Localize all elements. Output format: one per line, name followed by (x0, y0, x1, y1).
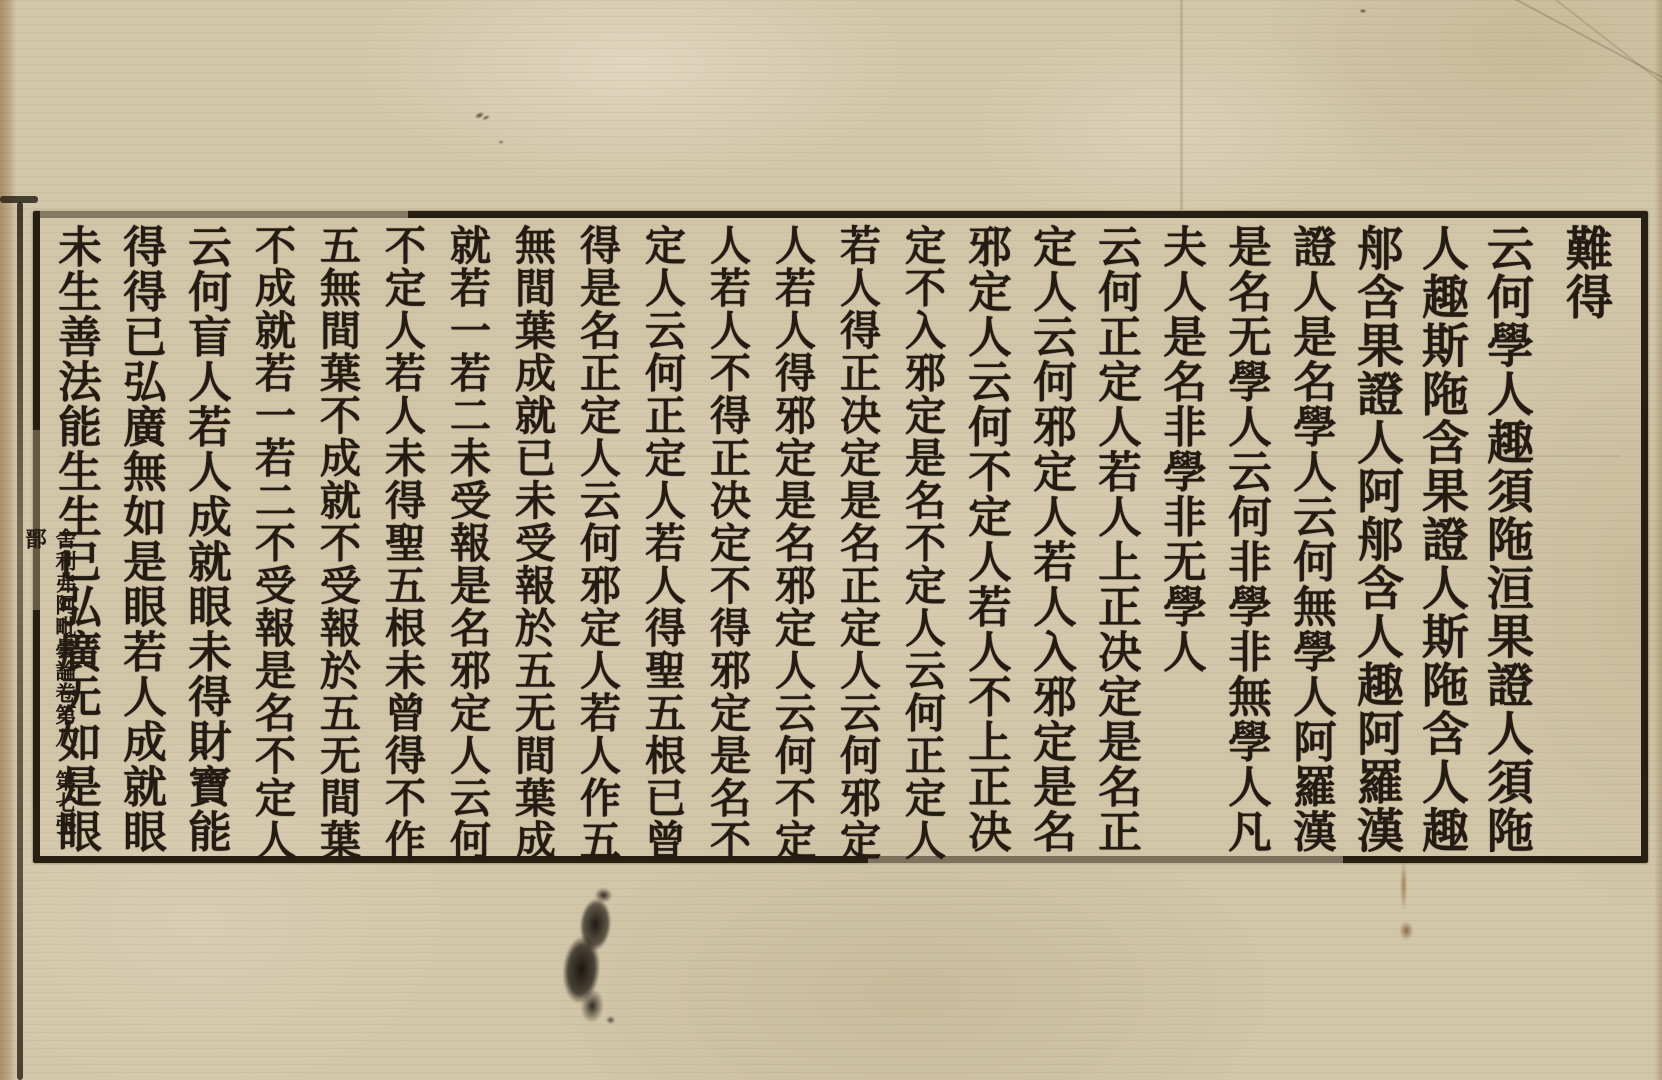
text-column: 夫人是名非學非无學人 (1149, 224, 1214, 864)
paper-crease (1180, 0, 1183, 210)
ink-speck (496, 138, 506, 146)
text-column: 得得已弘廣無如是眼若人成就眼 (109, 224, 174, 864)
text-column: 是名无學人云何非學非無學人凡 (1214, 224, 1279, 864)
brown-stain (1392, 852, 1418, 948)
text-column: 云何學人趣須陁洹果證人須陁 (1474, 224, 1539, 864)
ink-speck (1356, 6, 1370, 16)
text-column: 邪定人云何不定人若人不上正决 (954, 224, 1019, 864)
text-column: 云何盲人若人成就眼未得財寶能 (174, 224, 239, 864)
border-fade-top (40, 209, 408, 222)
text-column: 定人云何邪定人若人入邪定是名 (1019, 224, 1084, 864)
paper-crease (1544, 0, 1662, 115)
text-column: 人若人得邪定是名邪定人云何不定 (759, 224, 824, 864)
text-column: 得是名正定人云何邪定人若人作五 (564, 224, 629, 864)
text-column: 人若人不得正决定不得邪定是名不 (694, 224, 759, 864)
ink-speck (470, 105, 495, 128)
text-column: 就若一若二未受報是名邪定人云何 (434, 224, 499, 864)
colophon-column: 舍利弗阿毗曇論卷第八 第七張 鄑 (20, 528, 80, 858)
text-column: 五無間葉不成就不受報於五无間葉 (304, 224, 369, 864)
text-column: 證人是名學人云何無學人阿羅漢 (1279, 224, 1344, 864)
binding-gutter-top-dash (0, 196, 38, 203)
text-column: 不定人若人未得聖五根未曾得不作 (369, 224, 434, 864)
text-column: 人趣斯陁含果證人斯陁含人趣 (1409, 224, 1474, 864)
text-column: 難得 (1553, 224, 1618, 864)
text-column: 無間葉成就已未受報於五无間葉成 (499, 224, 564, 864)
torn-paper-left-edge (0, 0, 16, 1080)
text-column: 定人云何正定人若人得聖五根已曾 (629, 224, 694, 864)
sutra-text-columns: 難得云何學人趣須陁洹果證人須陁人趣斯陁含果證人斯陁含人趣郍含果證人阿郍含人趣阿羅… (44, 224, 1618, 864)
text-column: 云何正定人若人上正决定是名正 (1084, 224, 1149, 864)
paper-right-edge-shading (1654, 0, 1662, 1080)
text-column: 若人得正决定是名正定人云何邪定 (824, 224, 889, 864)
ink-smudge (544, 883, 634, 1025)
text-column: 不成就若一若二不受報是名不定人 (239, 224, 304, 864)
text-column: 定不入邪定是名不定人云何正定人 (889, 224, 954, 864)
text-column: 郍含果證人阿郍含人趣阿羅漢 (1344, 224, 1409, 864)
sutra-page-scan: { "page": { "ink_color": "#241c12", "pap… (0, 0, 1662, 1080)
